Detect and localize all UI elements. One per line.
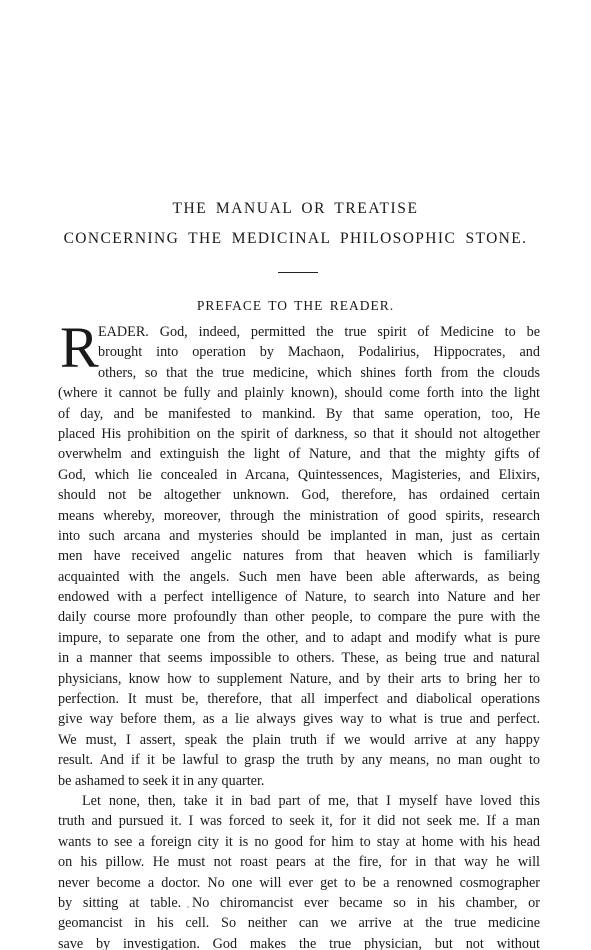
text-line: We must, I assert, speak the plain truth…: [58, 730, 540, 750]
text-line: impure, to separate one from the other, …: [58, 628, 540, 648]
section-heading: PREFACE TO THE READER.: [0, 297, 591, 315]
text-line: on his pillow. He must not roast pears a…: [58, 852, 540, 872]
scan-speck: [187, 906, 189, 908]
title-line-2: CONCERNING THE MEDICINAL PHILOSOPHIC STO…: [0, 229, 591, 249]
text-line: perfection. It must be, therefore, that …: [58, 689, 540, 709]
text-line: truth and pursued it. I was forced to se…: [58, 811, 540, 831]
text-line: result. And if it be lawful to grasp the…: [58, 750, 540, 770]
text-line: men have received angelic natures from t…: [58, 546, 540, 566]
text-line: should not be altogether unknown. God, t…: [58, 485, 540, 505]
section-divider: [278, 272, 318, 273]
text-line: brought into operation by Machaon, Podal…: [58, 342, 540, 362]
text-line: give way before them, as a lie always gi…: [58, 709, 540, 729]
book-page: THE MANUAL OR TREATISE CONCERNING THE ME…: [0, 0, 591, 950]
text-line: into such arcana and mysteries should be…: [58, 526, 540, 546]
drop-cap: R: [60, 322, 99, 374]
text-line: of day, and be manifested to mankind. By…: [58, 404, 540, 424]
text-line: acquainted with the angels. Such men hav…: [58, 567, 540, 587]
text-line: daily course more profoundly than other …: [58, 607, 540, 627]
text-line: save by investigation. God makes the tru…: [58, 934, 540, 950]
text-line: God, which lie concealed in Arcana, Quin…: [58, 465, 540, 485]
text-line: others, so that the true medicine, which…: [58, 363, 540, 383]
text-line: placed His prohibition on the spirit of …: [58, 424, 540, 444]
text-line: overwhelm and extinguish the light of Na…: [58, 444, 540, 464]
text-line: Let none, then, take it in bad part of m…: [58, 791, 540, 811]
text-line: means whereby, moreover, through the min…: [58, 506, 540, 526]
text-line: EADER. God, indeed, permitted the true s…: [58, 322, 540, 342]
text-line: geomancist in his cell. So neither can w…: [58, 913, 540, 933]
text-line: (where it cannot be fully and plainly kn…: [58, 383, 540, 403]
title-line-1: THE MANUAL OR TREATISE: [0, 199, 591, 219]
text-line: in a manner that seems impossible to oth…: [58, 648, 540, 668]
text-line: never become a doctor. No one will ever …: [58, 873, 540, 893]
text-line: physicians, know how to supplement Natur…: [58, 669, 540, 689]
text-line: endowed with a perfect intelligence of N…: [58, 587, 540, 607]
text-line: by sitting at table. No chiromancist eve…: [58, 893, 540, 913]
text-line: wants to see a foreign city it is no goo…: [58, 832, 540, 852]
body-text: R EADER. God, indeed, permitted the true…: [58, 322, 540, 950]
text-line: be ashamed to seek it in any quarter.: [58, 771, 540, 791]
